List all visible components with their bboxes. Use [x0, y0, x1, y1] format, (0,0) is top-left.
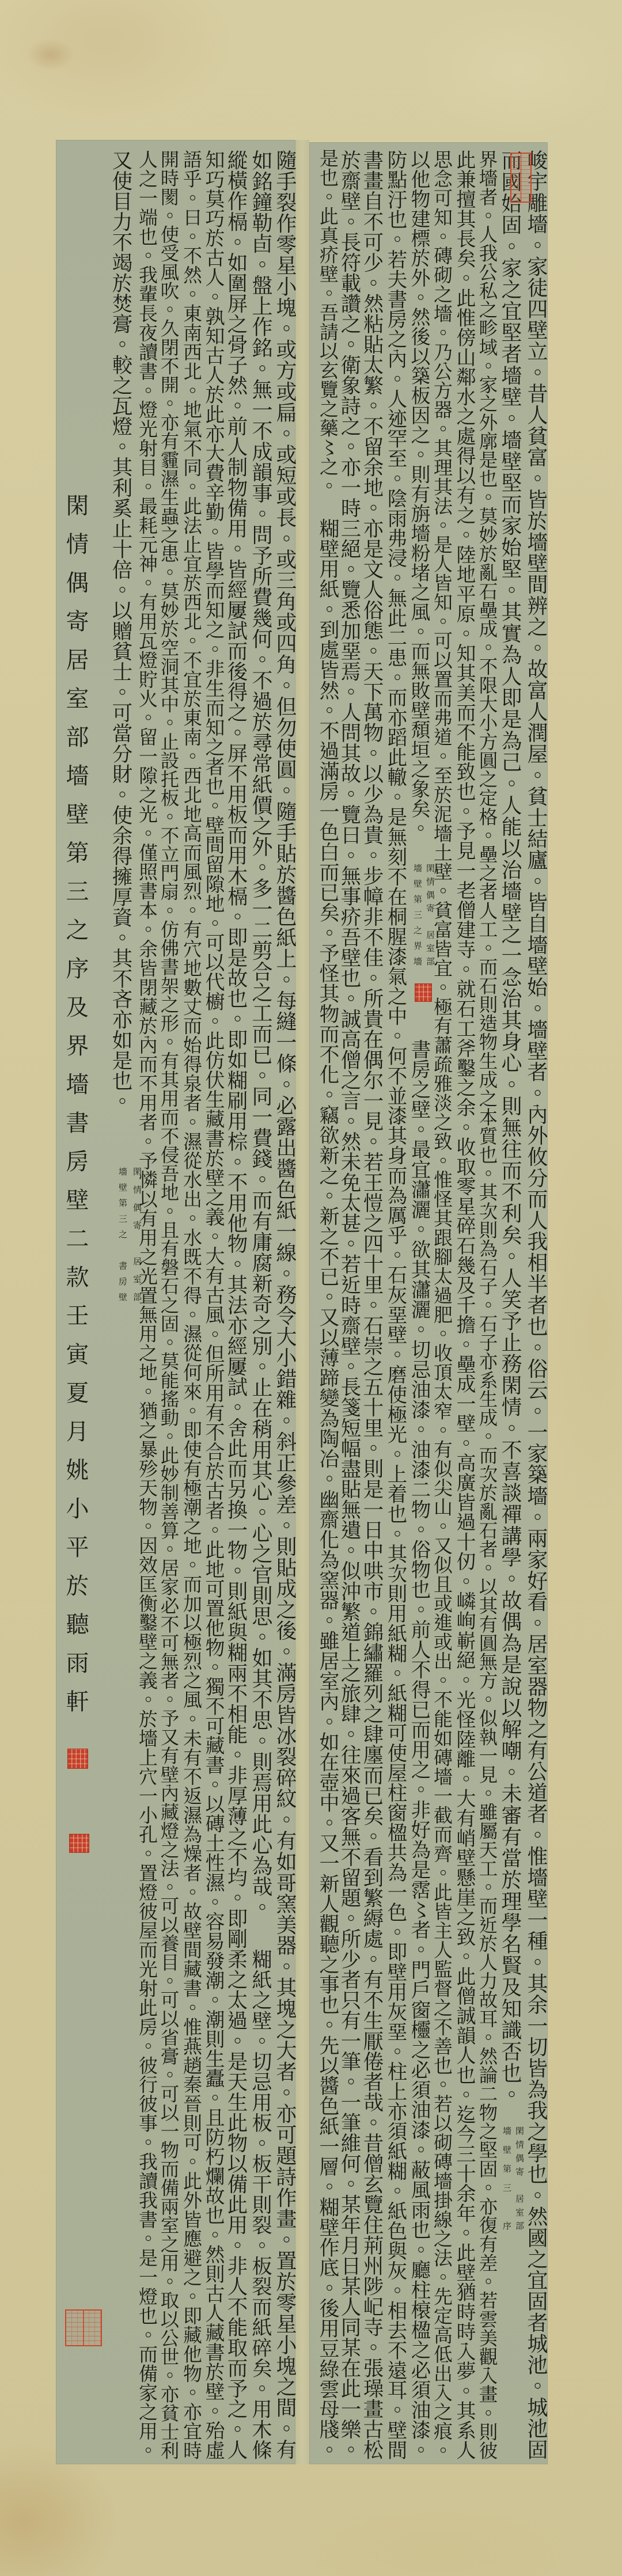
text-column: 書畫自不可少。然粘貼太繁。不留余地。亦是文人俗態。天下萬物。以少為貴。步幛非不佳… — [360, 150, 383, 2460]
text-column: 隨手裂作零星小塊。或方或扁。或短或長。或三角或四角。但勿使圓。隨手貼於醬色紙上。… — [273, 150, 296, 2460]
text-column: 界墻者。人我公私之畛域。家之外廓是也。莫妙於亂石壘成。不限大小方圓之定格。壘之者… — [476, 150, 499, 2460]
panel-gutter — [295, 140, 309, 2464]
text-column: 此兼擅其長矣。此惟傍山鄰水之處得以有之。陸地平原。知其美而不能致也。予見一老僧建… — [453, 150, 476, 2460]
section-colophon-note: 閑情偶寄 居室部 墻壁第三之 書房壁 — [117, 1167, 143, 1301]
text-column: 開時閡。使受風吹。久閉不開。亦有霾濕生蟲之患。莫妙於空洞其中。止設托板。不立門扇… — [157, 150, 180, 2460]
text-column: 又使目力不竭於焚膏。較之瓦燈。其利奚止十倍。以贈貧士。可當分財。使余得擁厚資。其… — [109, 150, 132, 1111]
text-column: 縱橫作槅。如圍屏之骨子然。前人制物備用。皆經屢試而後得之。屏不用板而用木槅。即是… — [224, 150, 247, 2460]
artist-seal-icon — [67, 1749, 88, 1769]
text-column: 人之一端也。我輩長夜讀書。燈光射目。最耗元神。有用瓦燈貯火。留一隙之光。僅照書本… — [135, 150, 158, 2460]
text-column: 以他物建標於外。然後以築板因之。則有旃墻粉堵之風。而無敗壁頹垣之象矣。 — [407, 150, 430, 838]
text-column-continuation: 糊壁用紙。到處皆然。不過滿房一色白而已矣。予怪其物而不化。竊欲新之。新之不已。又… — [316, 518, 339, 2460]
text-column-continuation: 書房之壁。最宜瀟灑。欲其瀟灑。切忌油漆。油漆二物。俗物也。前人不得已而用之。非好… — [407, 1039, 430, 2460]
right-text-panel: 峻宇雕墻。家徒四壁立。昔人貧富。皆於墻壁間辨之。故富人潤屋。貧士結廬。皆自墻壁始… — [309, 142, 548, 2464]
note-line: 墻壁第三 序 — [501, 2126, 513, 2230]
text-column: 如銘鐘勒卣。盤上作銘。無一不成韻事。問予所費幾何。不過於尋常紙價之外。多一二剪合… — [249, 150, 272, 1917]
collector-seal-icon — [65, 2309, 102, 2346]
seal-icon — [415, 983, 432, 1002]
text-column: 思念可知。磚砌之墻。乃公方器。其理其法。是人皆知。可以置而弗道。至於泥墻土壁。貧… — [430, 150, 453, 2460]
text-column: 是也。此真疥壁。吾請以玄覽之藥〻之。 — [316, 149, 339, 495]
text-column: 於齋壁。長符載讚之。衛象詩之。亦一時三絕。覽悉加堊焉。人問其故。覽曰。無事疥吾壁… — [337, 150, 361, 2460]
leisure-seal-icon — [510, 153, 532, 203]
note-line: 閑情偶寄 居室部 — [424, 864, 436, 966]
text-column: 知巧莫巧於古人。孰知古人於此亦大費辛勤。皆學而知之。非生而知之者也。壁間留隙地。… — [202, 150, 225, 2460]
note-line: 墻壁第三之 書房壁 — [117, 1167, 128, 1301]
text-column: 防點汙也。若夫書房之內。人迹罕至。陰雨弗浸。無此二患。而亦蹈此轍。是無刻不在桐腥… — [384, 150, 407, 2460]
note-line: 閑情偶寄 居室部 — [131, 1167, 143, 1301]
note-line: 墻壁第三之界墻 — [412, 864, 423, 966]
left-text-panel: 隨手裂作零星小塊。或方或扁。或短或長。或三角或四角。但勿使圓。隨手貼於醬色紙上。… — [56, 140, 295, 2464]
text-column: 語乎。曰。不然。東南西北。地氣不同。此法止宜於西北。不宜於東南。西北地高而風烈。… — [180, 150, 203, 2460]
text-column: 而國始固。家之宜堅者墻壁。墻壁堅而家始堅。其實為人即是為己。人能以治墻壁之一念治… — [498, 150, 521, 2104]
artist-seal-icon — [69, 1834, 89, 1853]
note-line: 閑情偶寄 居室部 — [514, 2126, 525, 2230]
text-column: 峻宇雕墻。家徒四壁立。昔人貧富。皆於墻壁間辨之。故富人潤屋。貧士結廬。皆自墻壁始… — [524, 150, 547, 2460]
section-colophon-note: 閑情偶寄 居室部 墻壁第三之界墻 — [412, 864, 436, 966]
text-column-continuation: 糊紙之壁。切忌用板。板干則裂。板裂而紙碎矣。用木條 — [249, 1949, 272, 2460]
artist-inscription: 閑情偶寄居室部墻壁第三之序及界墻書房壁二款壬寅夏月姚小平於聽雨軒 — [62, 493, 89, 1712]
section-colophon-note: 閑情偶寄 居室部 墻壁第三 序 — [501, 2126, 525, 2230]
